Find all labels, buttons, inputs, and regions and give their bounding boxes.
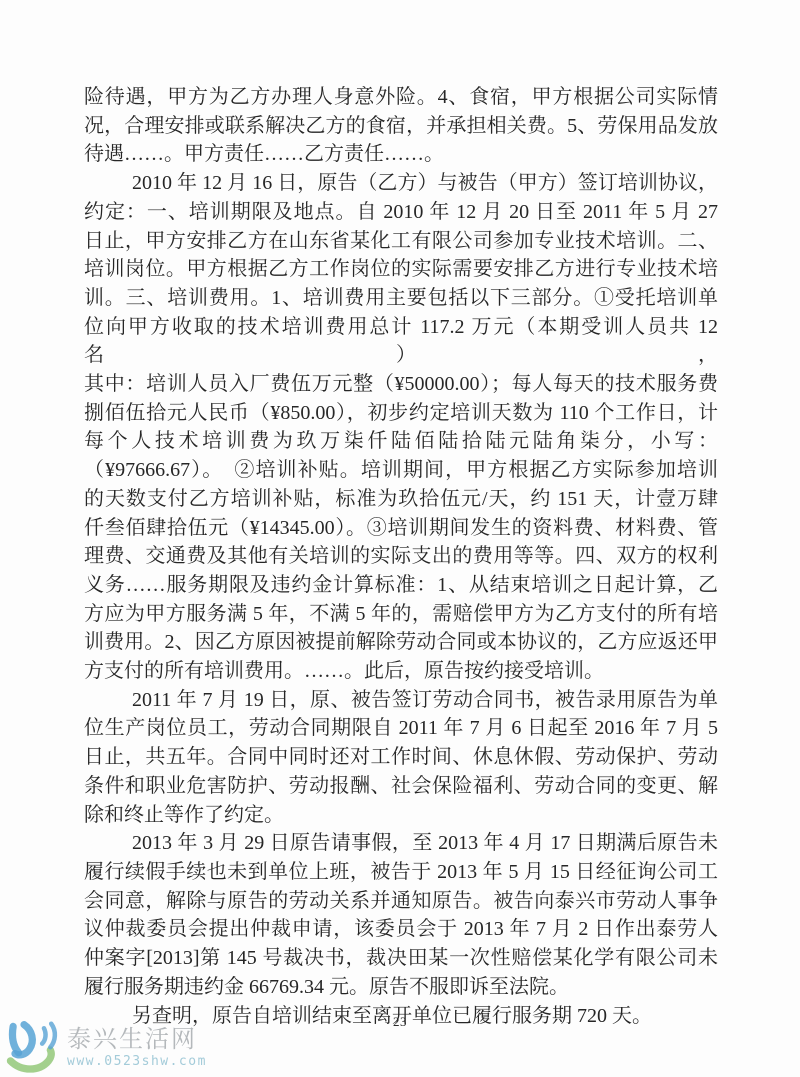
text-line: 日止，甲方安排乙方在山东省某化工有限公司参加专业技术培训。二、 bbox=[84, 227, 718, 256]
text-line: 理费、交通费及其他有关培训的实际支出的费用等等。四、双方的权利 bbox=[84, 542, 718, 571]
text-line: 待遇……。甲方责任……乙方责任……。 bbox=[84, 140, 718, 169]
text-line: 位向甲方收取的技术培训费用总计 117.2 万元（本期受训人员共 12 名）， bbox=[84, 313, 718, 370]
text-line: 的天数支付乙方培训补贴，标准为玖拾伍元/天，约 151 天，计壹万肆 bbox=[84, 485, 718, 514]
text-body: 险待遇，甲方为乙方办理人身意外险。4、食宿，甲方根据公司实际情况，合理安排或联系… bbox=[84, 83, 718, 1030]
paragraph: 2010 年 12 月 16 日，原告（乙方）与被告（甲方）签订培训协议，约定：… bbox=[84, 169, 718, 686]
text-line: 方应为甲方服务满 5 年，不满 5 年的，需赔偿甲方为乙方支付的所有培 bbox=[84, 600, 718, 629]
text-line: 况，合理安排或联系解决乙方的食宿，并承担相关费。5、劳保用品发放 bbox=[84, 112, 718, 141]
text-line: 仲案字[2013]第 145 号裁决书，裁决田某一次性赔偿某化学有限公司未 bbox=[84, 944, 718, 973]
text-line: 方支付的所有培训费用。……。此后，原告按约接受培训。 bbox=[84, 657, 718, 686]
site-url: www.0523shw.com bbox=[67, 1054, 207, 1069]
text-line: 训。三、培训费用。1、培训费用主要包括以下三部分。①受托培训单 bbox=[84, 284, 718, 313]
site-watermark-text: 泰兴生活网 www.0523shw.com bbox=[67, 1019, 207, 1069]
text-line: 条件和职业危害防护、劳动报酬、社会保险福利、劳动合同的变更、解 bbox=[84, 772, 718, 801]
text-line: 2013 年 3 月 29 日原告请事假，至 2013 年 4 月 17 日期满… bbox=[84, 829, 718, 858]
paragraph: 险待遇，甲方为乙方办理人身意外险。4、食宿，甲方根据公司实际情况，合理安排或联系… bbox=[84, 83, 718, 169]
text-line: 培训岗位。甲方根据乙方工作岗位的实际需要安排乙方进行专业技术培 bbox=[84, 255, 718, 284]
text-line: 训费用。2、因乙方原因被提前解除劳动合同或本协议的，乙方应返还甲 bbox=[84, 628, 718, 657]
text-line: 履行服务期违约金 66769.34 元。原告不服即诉至法院。 bbox=[84, 973, 718, 1002]
text-line: 日止，共五年。合同中同时还对工作时间、休息休假、劳动保护、劳动 bbox=[84, 743, 718, 772]
text-line: 捌佰伍拾元人民币（¥850.00），初步约定培训天数为 110 个工作日，计 bbox=[84, 399, 718, 428]
text-line: 会同意，解除与原告的劳动关系并通知原告。被告向泰兴市劳动人事争 bbox=[84, 887, 718, 916]
text-line: 议仲裁委员会提出仲裁申请，该委员会于 2013 年 7 月 2 日作出泰劳人 bbox=[84, 915, 718, 944]
text-line: 每个人技术培训费为玖万柒仟陆佰陆拾陆元陆角柒分，小写： bbox=[84, 427, 718, 456]
text-line: 位生产岗位员工，劳动合同期限自 2011 年 7 月 6 日起至 2016 年 … bbox=[84, 714, 718, 743]
text-line: 除和终止等作了约定。 bbox=[84, 801, 718, 830]
text-line: 仟叁佰肆拾伍元（¥14345.00）。③培训期间发生的资料费、材料费、管 bbox=[84, 514, 718, 543]
text-line: 险待遇，甲方为乙方办理人身意外险。4、食宿，甲方根据公司实际情 bbox=[84, 83, 718, 112]
paragraph: 2011 年 7 月 19 日，原、被告签订劳动合同书，被告录用原告为单位生产岗… bbox=[84, 686, 718, 830]
text-line: 其中：培训人员入厂费伍万元整（¥50000.00）；每人每天的技术服务费 bbox=[84, 370, 718, 399]
paragraph: 2013 年 3 月 29 日原告请事假，至 2013 年 4 月 17 日期满… bbox=[84, 829, 718, 1001]
text-line: 义务……服务期限及违约金计算标准：1、从结束培训之日起计算，乙 bbox=[84, 571, 718, 600]
site-watermark: 泰兴生活网 www.0523shw.com bbox=[5, 1019, 207, 1077]
text-line: （¥97666.67）。 ②培训补贴。培训期间，甲方根据乙方实际参加培训 bbox=[84, 456, 718, 485]
site-name: 泰兴生活网 bbox=[67, 1027, 207, 1053]
text-line: 2011 年 7 月 19 日，原、被告签订劳动合同书，被告录用原告为单 bbox=[84, 686, 718, 715]
text-line: 履行续假手续也未到单位上班，被告于 2013 年 5 月 15 日经征询公司工 bbox=[84, 858, 718, 887]
site-logo-icon bbox=[5, 1019, 63, 1077]
text-line: 约定：一、培训期限及地点。自 2010 年 12 月 20 日至 2011 年 … bbox=[84, 198, 718, 227]
text-line: 2010 年 12 月 16 日，原告（乙方）与被告（甲方）签订培训协议， bbox=[84, 169, 718, 198]
